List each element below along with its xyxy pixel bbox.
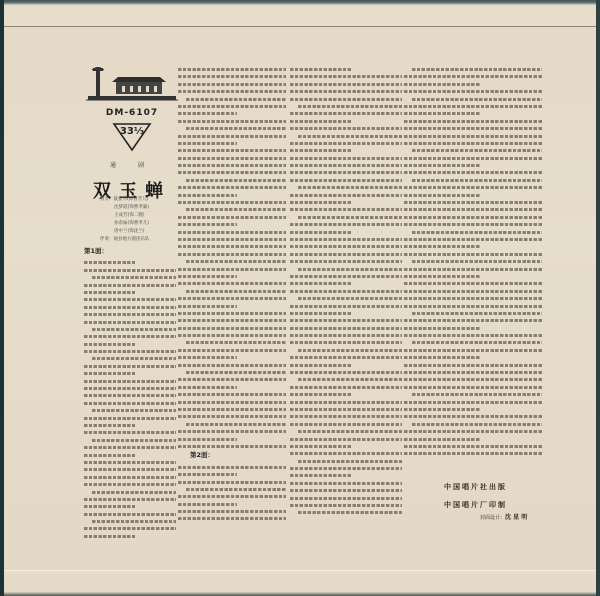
text-line <box>178 177 286 184</box>
text-line <box>404 421 542 428</box>
speed-label: 33⅓ <box>112 126 152 137</box>
text-line <box>404 443 542 450</box>
credit-line: 孙余妹(饰曹孝儿) <box>100 220 184 228</box>
text-line <box>404 332 542 339</box>
text-line <box>404 376 542 383</box>
text-line <box>404 406 542 413</box>
text-line <box>404 192 542 199</box>
text-line <box>84 282 176 289</box>
text-line <box>404 266 542 273</box>
text-line <box>178 501 286 508</box>
text-line <box>178 354 286 361</box>
text-line <box>84 407 176 414</box>
text-line <box>84 466 176 473</box>
text-line <box>84 274 176 281</box>
text-line <box>290 147 402 154</box>
text-line <box>84 385 176 392</box>
text-line <box>404 140 542 147</box>
text-line <box>404 147 542 154</box>
text-line <box>178 214 286 221</box>
text-line <box>404 295 542 302</box>
text-line <box>178 347 286 354</box>
libretto-text <box>178 464 286 523</box>
side-1-header: 第1面： <box>84 248 176 255</box>
text-line <box>404 288 542 295</box>
speed-badge: 33⅓ <box>112 122 152 152</box>
text-line <box>404 413 542 420</box>
credit-line: 唐中兰(饰沈兰) <box>100 228 184 236</box>
text-line <box>178 515 286 522</box>
text-line <box>84 400 176 407</box>
text-line <box>404 391 542 398</box>
text-line <box>178 464 286 471</box>
text-line <box>404 251 542 258</box>
text-line <box>404 362 542 369</box>
text-line <box>404 229 542 236</box>
text-line <box>290 376 402 383</box>
credit-line: 曹芳：筱爱琴(饰曹芳儿) <box>100 196 184 204</box>
text-line <box>404 280 542 287</box>
text-line <box>404 206 542 213</box>
text-line <box>290 399 402 406</box>
text-line <box>404 214 542 221</box>
libretto-column-1: 第1面： <box>84 246 176 566</box>
text-line <box>290 66 402 73</box>
text-line <box>84 326 176 333</box>
text-line <box>290 118 402 125</box>
text-line <box>178 147 286 154</box>
text-line <box>404 162 542 169</box>
text-line <box>290 303 402 310</box>
credit-line: 伴奏：通县地方剧团乐队 <box>100 236 184 244</box>
text-line <box>290 110 402 117</box>
text-line <box>290 339 402 346</box>
text-line <box>84 437 176 444</box>
text-line <box>84 511 176 518</box>
text-line <box>178 339 286 346</box>
text-line <box>84 333 176 340</box>
text-line <box>84 259 176 266</box>
text-line <box>290 310 402 317</box>
background-edge-right <box>596 0 600 596</box>
designer-name: 沈 星 明 <box>505 514 527 521</box>
text-line <box>178 206 286 213</box>
credit-line: 王成芳(饰二嫂) <box>100 212 184 220</box>
text-line <box>404 273 542 280</box>
text-line <box>84 363 176 370</box>
text-line <box>290 206 402 213</box>
text-line <box>178 295 286 302</box>
text-line <box>290 436 402 443</box>
credit-line: 沈梦霞(饰曹孝廉) <box>100 204 184 212</box>
text-line <box>290 317 402 324</box>
text-line <box>404 236 542 243</box>
text-line <box>290 88 402 95</box>
text-line <box>290 288 402 295</box>
text-line <box>290 295 402 302</box>
libretto-text <box>178 66 286 450</box>
text-line <box>404 347 542 354</box>
libretto-column-3 <box>290 66 402 521</box>
libretto-text <box>290 66 402 517</box>
text-line <box>290 133 402 140</box>
text-line <box>178 81 286 88</box>
text-line <box>84 444 176 451</box>
text-line <box>404 325 542 332</box>
text-line <box>178 192 286 199</box>
text-line <box>404 436 542 443</box>
text-line <box>178 118 286 125</box>
text-line <box>290 251 402 258</box>
text-line <box>290 221 402 228</box>
text-line <box>178 155 286 162</box>
text-line <box>178 493 286 500</box>
libretto-text <box>84 259 176 540</box>
text-line <box>178 428 286 435</box>
text-line <box>84 459 176 466</box>
text-line <box>178 184 286 191</box>
text-line <box>404 303 542 310</box>
text-line <box>290 155 402 162</box>
text-line <box>84 341 176 348</box>
text-line <box>178 486 286 493</box>
text-line <box>178 443 286 450</box>
text-line <box>178 317 286 324</box>
text-line <box>84 370 176 377</box>
text-line <box>178 310 286 317</box>
text-line <box>178 362 286 369</box>
text-line <box>404 243 542 250</box>
libretto-column-4 <box>404 66 542 461</box>
text-line <box>178 471 286 478</box>
text-line <box>290 495 402 502</box>
text-line <box>290 472 402 479</box>
text-line <box>290 347 402 354</box>
text-line <box>178 96 286 103</box>
text-line <box>290 421 402 428</box>
text-line <box>178 332 286 339</box>
text-line <box>404 73 542 80</box>
text-line <box>84 348 176 355</box>
background-edge-left <box>0 0 4 596</box>
text-line <box>84 533 176 540</box>
text-line <box>290 103 402 110</box>
text-line <box>290 362 402 369</box>
text-line <box>178 266 286 273</box>
text-line <box>290 73 402 80</box>
text-line <box>404 369 542 376</box>
text-line <box>84 378 176 385</box>
text-line <box>178 133 286 140</box>
text-line <box>178 303 286 310</box>
text-line <box>178 66 286 73</box>
text-line <box>178 251 286 258</box>
text-line <box>404 110 542 117</box>
text-line <box>84 415 176 422</box>
text-line <box>290 273 402 280</box>
text-line <box>404 169 542 176</box>
text-line <box>404 133 542 140</box>
text-line <box>178 280 286 287</box>
text-line <box>290 406 402 413</box>
text-line <box>84 518 176 525</box>
side-2-header: 第2面： <box>178 452 286 459</box>
text-line <box>404 155 542 162</box>
sleeve-bottom-fold <box>0 570 600 596</box>
text-line <box>84 311 176 318</box>
text-line <box>290 280 402 287</box>
text-line <box>84 355 176 362</box>
text-line <box>178 421 286 428</box>
text-line <box>290 413 402 420</box>
publisher-credit: 中国唱片社出版 <box>444 482 507 492</box>
catalog-number: DM-6107 <box>82 108 182 118</box>
text-line <box>290 192 402 199</box>
text-line <box>178 221 286 228</box>
text-line <box>290 266 402 273</box>
text-line <box>178 73 286 80</box>
text-line <box>290 465 402 472</box>
text-line <box>84 304 176 311</box>
text-line <box>178 288 286 295</box>
cover-designer-credit: 封面设计：沈 星 明 <box>480 512 527 521</box>
text-line <box>84 481 176 488</box>
text-line <box>290 384 402 391</box>
text-line <box>290 258 402 265</box>
text-line <box>178 110 286 117</box>
text-line <box>290 332 402 339</box>
text-line <box>84 503 176 510</box>
text-line <box>178 243 286 250</box>
text-line <box>178 413 286 420</box>
text-line <box>84 392 176 399</box>
text-line <box>290 236 402 243</box>
label-logo-block: DM-6107 33⅓ 通 剧 双玉蝉 <box>82 66 182 203</box>
text-line <box>404 125 542 132</box>
text-line <box>290 214 402 221</box>
text-line <box>84 267 176 274</box>
text-line <box>404 399 542 406</box>
text-line <box>178 162 286 169</box>
text-line <box>290 96 402 103</box>
text-line <box>290 502 402 509</box>
text-line <box>290 391 402 398</box>
text-line <box>84 289 176 296</box>
text-line <box>404 66 542 73</box>
text-line <box>178 369 286 376</box>
text-line <box>404 258 542 265</box>
tiananmen-logo-icon <box>82 66 182 106</box>
text-line <box>404 354 542 361</box>
text-line <box>290 169 402 176</box>
text-line <box>290 125 402 132</box>
text-line <box>404 177 542 184</box>
text-line <box>178 140 286 147</box>
text-line <box>178 406 286 413</box>
text-line <box>290 199 402 206</box>
text-line <box>404 118 542 125</box>
text-line <box>290 184 402 191</box>
text-line <box>290 458 402 465</box>
text-line <box>178 479 286 486</box>
text-line <box>84 422 176 429</box>
text-line <box>404 88 542 95</box>
text-line <box>84 489 176 496</box>
text-line <box>290 487 402 494</box>
text-line <box>84 474 176 481</box>
text-line <box>404 199 542 206</box>
text-line <box>84 319 176 326</box>
text-line <box>178 436 286 443</box>
text-line <box>404 384 542 391</box>
text-line <box>178 125 286 132</box>
text-line <box>178 376 286 383</box>
text-line <box>290 450 402 457</box>
text-line <box>178 229 286 236</box>
printer-credit: 中国唱片厂印制 <box>444 500 507 510</box>
libretto-text <box>404 66 542 458</box>
text-line <box>290 243 402 250</box>
designer-label: 封面设计： <box>480 515 505 521</box>
sleeve-top-fold <box>0 0 600 27</box>
libretto-column-2: 第2面： <box>178 66 286 526</box>
text-line <box>290 162 402 169</box>
text-line <box>404 450 542 457</box>
text-line <box>290 140 402 147</box>
text-line <box>178 399 286 406</box>
text-line <box>290 428 402 435</box>
text-line <box>404 310 542 317</box>
text-line <box>178 273 286 280</box>
text-line <box>404 81 542 88</box>
text-line <box>404 428 542 435</box>
text-line <box>178 169 286 176</box>
text-line <box>290 354 402 361</box>
text-line <box>178 508 286 515</box>
text-line <box>178 88 286 95</box>
text-line <box>84 496 176 503</box>
text-line <box>178 325 286 332</box>
text-line <box>84 296 176 303</box>
text-line <box>84 429 176 436</box>
text-line <box>290 369 402 376</box>
text-line <box>84 525 176 532</box>
text-line <box>178 236 286 243</box>
text-line <box>404 221 542 228</box>
text-line <box>290 177 402 184</box>
text-line <box>404 339 542 346</box>
text-line <box>84 452 176 459</box>
text-line <box>404 317 542 324</box>
text-line <box>290 81 402 88</box>
text-line <box>178 103 286 110</box>
text-line <box>178 258 286 265</box>
text-line <box>178 384 286 391</box>
text-line <box>404 184 542 191</box>
text-line <box>178 391 286 398</box>
text-line <box>290 509 402 516</box>
text-line <box>290 480 402 487</box>
text-line <box>290 229 402 236</box>
text-line <box>404 96 542 103</box>
text-line <box>178 199 286 206</box>
genre-label: 通 剧 <box>82 160 182 169</box>
text-line <box>290 443 402 450</box>
cast-credits: 曹芳：筱爱琴(饰曹芳儿) 沈梦霞(饰曹孝廉) 王成芳(饰二嫂) 孙余妹(饰曹孝儿… <box>100 196 184 244</box>
text-line <box>290 325 402 332</box>
text-line <box>404 103 542 110</box>
